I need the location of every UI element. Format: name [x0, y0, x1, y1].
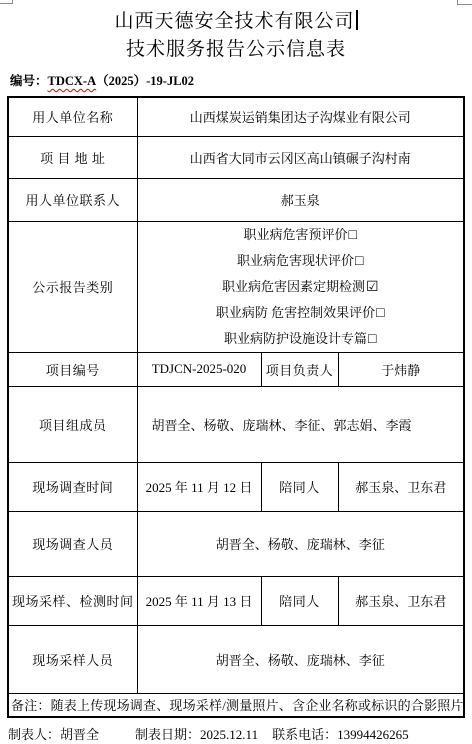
date-value: 2025.12.11	[200, 727, 258, 742]
row-project-team: 项目组成员 胡晋全、杨敬、庞瑞林、李征、郭志娟、李霞	[8, 386, 464, 462]
report-info-table: 用人单位名称 山西煤炭运销集团达子沟煤业有限公司 项 目 地 址 山西省大同市云…	[7, 96, 465, 718]
sampling-time-label: 现场采样、检测时间	[8, 576, 137, 625]
sampling-staff-label: 现场采样人员	[8, 625, 137, 693]
row-employer-name: 用人单位名称 山西煤炭运销集团达子沟煤业有限公司	[8, 97, 464, 136]
document-number-line: 编号：TDCX-A（2025）-19-JL02	[10, 72, 472, 90]
report-category-option: 职业病危害因素定期检测☑	[140, 274, 462, 300]
option-label-control-effect-evaluation: 职业病防 危害控制效果评价	[216, 305, 375, 320]
report-category-option: 职业病危害现状评价□	[140, 248, 462, 274]
survey-staff-label: 现场调查人员	[8, 511, 137, 576]
phone-value: 13994426265	[337, 727, 409, 742]
cropped-cell-fragment-top-left	[0, 0, 13, 4]
project-team-label: 项目组成员	[8, 386, 137, 462]
project-address-label: 项 目 地 址	[8, 136, 137, 178]
project-number-label: 项目编号	[8, 352, 137, 386]
sampling-accompany-value: 郝玉泉、卫东君	[338, 576, 464, 625]
phone-label: 联系电话：	[272, 727, 337, 742]
sampling-time-value: 2025 年 11 月 13 日	[137, 576, 261, 625]
survey-time-value: 2025 年 11 月 12 日	[137, 462, 261, 511]
survey-accompany-value: 郝玉泉、卫东君	[338, 462, 464, 511]
checkbox-status-evaluation[interactable]: □	[355, 254, 363, 269]
survey-accompany-label: 陪同人	[261, 462, 338, 511]
report-category-option: 职业病危害预评价□	[140, 222, 462, 248]
remarks-text: 备注：随表上传现场调查、现场采样/测量照片、含企业名称或标识的合影照片	[8, 693, 464, 717]
report-category-option: 职业病防 危害控制效果评价□	[140, 300, 462, 326]
preparer-label: 制表人：	[8, 727, 60, 742]
footer-line: 制表人：胡晋全制表日期：2025.12.11联系电话：13994426265	[8, 727, 472, 743]
option-label-periodic-detection: 职业病危害因素定期检测	[222, 279, 365, 294]
document-title-line2: 技术服务报告公示信息表	[0, 36, 472, 64]
checkbox-periodic-detection-checked[interactable]: ☑	[366, 280, 379, 295]
option-label-status-evaluation: 职业病危害现状评价	[237, 253, 354, 268]
row-report-category: 公示报告类别 职业病危害预评价□ 职业病危害现状评价□ 职业病危害因素定期检测☑…	[8, 221, 464, 352]
report-category-options: 职业病危害预评价□ 职业病危害现状评价□ 职业病危害因素定期检测☑ 职业病防 危…	[137, 221, 464, 352]
employer-name-value: 山西煤炭运销集团达子沟煤业有限公司	[137, 97, 464, 136]
row-project-number: 项目编号 TDJCN-2025-020 项目负责人 于炜静	[8, 352, 464, 386]
report-category-label: 公示报告类别	[8, 221, 137, 352]
text-cursor	[356, 10, 358, 30]
sampling-staff-value: 胡晋全、杨敬、庞瑞林、李征	[137, 625, 464, 693]
row-survey-staff: 现场调查人员 胡晋全、杨敬、庞瑞林、李征	[8, 511, 464, 576]
sampling-accompany-label: 陪同人	[261, 576, 338, 625]
document-number-code-rest: （2025）-19-JL02	[96, 74, 194, 88]
project-address-value: 山西省大同市云冈区高山镇碾子沟村南	[137, 136, 464, 178]
checkbox-control-effect-evaluation[interactable]: □	[376, 306, 384, 321]
checkbox-protection-design[interactable]: □	[368, 332, 376, 347]
row-sampling-time: 现场采样、检测时间 2025 年 11 月 13 日 陪同人 郝玉泉、卫东君	[8, 576, 464, 625]
row-remarks: 备注：随表上传现场调查、现场采样/测量照片、含企业名称或标识的合影照片	[8, 693, 464, 717]
document-number-code-flagged: TDCX-A	[48, 74, 97, 88]
title-text-2: 技术服务报告公示信息表	[126, 39, 346, 60]
employer-name-label: 用人单位名称	[8, 97, 137, 136]
document-page: 山西天德安全技术有限公司 技术服务报告公示信息表 编号：TDCX-A（2025）…	[0, 0, 472, 744]
document-title-line1: 山西天德安全技术有限公司	[0, 8, 472, 36]
checkbox-pre-evaluation[interactable]: □	[349, 228, 357, 243]
cropped-cell-fragment-top-right	[457, 0, 472, 5]
project-number-value: TDJCN-2025-020	[137, 352, 261, 386]
survey-staff-value: 胡晋全、杨敬、庞瑞林、李征	[137, 511, 464, 576]
row-sampling-staff: 现场采样人员 胡晋全、杨敬、庞瑞林、李征	[8, 625, 464, 693]
row-project-address: 项 目 地 址 山西省大同市云冈区高山镇碾子沟村南	[8, 136, 464, 178]
title-text-1: 山西天德安全技术有限公司	[114, 11, 354, 32]
date-label: 制表日期：	[135, 727, 200, 742]
document-number-label: 编号：	[10, 74, 48, 88]
row-employer-contact: 用人单位联系人 郝玉泉	[8, 178, 464, 221]
employer-contact-value: 郝玉泉	[137, 178, 464, 221]
preparer-value: 胡晋全	[60, 727, 99, 742]
survey-time-label: 现场调查时间	[8, 462, 137, 511]
option-label-protection-design: 职业病防护设施设计专篇	[224, 331, 367, 346]
project-team-value: 胡晋全、杨敬、庞瑞林、李征、郭志娟、李霞	[137, 386, 464, 462]
project-leader-label: 项目负责人	[261, 352, 338, 386]
report-category-option: 职业病防护设施设计专篇□	[140, 326, 462, 352]
row-survey-time: 现场调查时间 2025 年 11 月 12 日 陪同人 郝玉泉、卫东君	[8, 462, 464, 511]
project-leader-value: 于炜静	[338, 352, 464, 386]
option-label-pre-evaluation: 职业病危害预评价	[244, 227, 348, 242]
employer-contact-label: 用人单位联系人	[8, 178, 137, 221]
